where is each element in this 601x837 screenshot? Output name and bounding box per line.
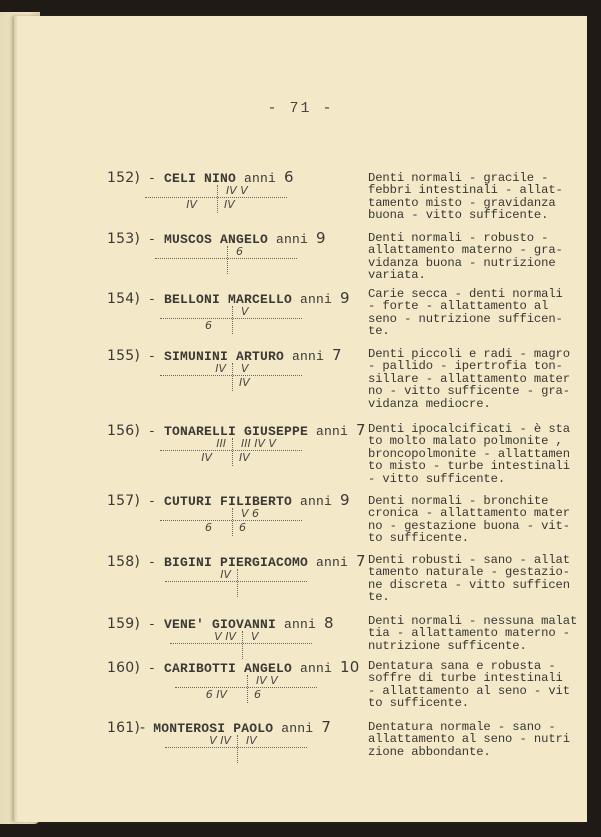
handwritten-tooth-mark: III IV V — [241, 437, 276, 450]
clinical-notes: Denti robusti - sano - allat tamento nat… — [368, 554, 588, 604]
entry-heading: 156) - TONARELLI GIUSEPPE anni 7 — [107, 421, 366, 439]
patient-age: 10 — [340, 658, 360, 676]
patient-age: 9 — [340, 491, 350, 509]
clinical-notes: Denti ipocalcificati - è sta to molto ma… — [368, 423, 588, 485]
quadrant-upper-right: IV — [238, 735, 307, 747]
dental-formula: V IVIV — [165, 735, 307, 765]
clinical-notes: Carie secca - denti normali - forte - al… — [368, 288, 588, 338]
patient-name: BIGINI PIERGIACOMO — [164, 555, 308, 570]
quadrant-upper-left — [145, 185, 217, 197]
quadrant-upper-left: IV — [160, 363, 232, 375]
quadrant-upper-left — [155, 246, 227, 258]
quadrant-upper-right: IV V — [248, 675, 317, 687]
dental-formula: IV V6 IV6 — [175, 675, 317, 705]
entry-number: 161)- — [107, 720, 145, 736]
quadrant-upper-left — [175, 675, 247, 687]
handwritten-tooth-mark: IV — [186, 198, 197, 211]
quadrant-upper-left: V IV — [170, 631, 242, 643]
handwritten-tooth-mark: 6 — [205, 319, 212, 332]
entry-separator: - — [140, 349, 164, 364]
dental-formula: IV VIVIV — [145, 185, 287, 215]
handwritten-tooth-mark: 6 — [239, 521, 246, 534]
entry-number: 155) — [107, 348, 140, 364]
patient-age: 7 — [356, 552, 366, 570]
dental-formula: IV — [165, 569, 307, 599]
entry-separator: - — [140, 494, 164, 509]
clinical-notes: Denti normali - nessuna malat tia - alla… — [368, 615, 588, 652]
entry-separator: - — [140, 171, 164, 186]
quadrant-lower-left — [155, 259, 227, 273]
patient-age: 9 — [340, 289, 350, 307]
quadrant-upper-right: IV V — [218, 185, 287, 197]
quadrant-lower-right — [238, 748, 307, 762]
quadrant-upper-right: V — [233, 363, 302, 375]
entry-separator: - — [140, 661, 164, 676]
patient-name: CUTURI FILIBERTO — [164, 494, 292, 509]
handwritten-tooth-mark: 6 — [236, 245, 243, 258]
patient-age: 7 — [321, 718, 331, 736]
entry-heading: 157) - CUTURI FILIBERTO anni 9 — [107, 491, 350, 509]
handwritten-tooth-mark: V — [241, 362, 249, 375]
clinical-notes: Dentatura normale - sano - allattamento … — [368, 721, 588, 758]
entry-number: 153) — [107, 231, 140, 247]
handwritten-tooth-mark: 6 IV — [206, 688, 227, 701]
handwritten-tooth-mark: V — [241, 305, 249, 318]
entry-number: 160) — [107, 660, 140, 676]
clinical-notes: Denti normali - bronchite cronica - alla… — [368, 495, 588, 545]
dental-formula: IIIIII IV VIVIV — [160, 438, 302, 468]
handwritten-tooth-mark: IV — [246, 734, 257, 747]
dental-formula: V IVV — [170, 631, 312, 661]
entry-heading: 153) - MUSCOS ANGELO anni 9 — [107, 229, 326, 247]
patient-name: MUSCOS ANGELO — [164, 232, 268, 247]
entry-number: 158) — [107, 554, 140, 570]
quadrant-lower-right: IV — [233, 451, 302, 465]
quadrant-lower-left: 6 — [160, 521, 232, 535]
handwritten-tooth-mark: V — [251, 630, 259, 643]
entry-separator: - — [140, 232, 164, 247]
handwritten-tooth-mark: IV — [215, 362, 226, 375]
handwritten-tooth-mark: IV — [220, 568, 231, 581]
quadrant-upper-right: III IV V — [233, 438, 302, 450]
handwritten-tooth-mark: IV — [239, 376, 250, 389]
handwritten-tooth-mark: IV V — [226, 184, 248, 197]
quadrant-lower-left — [165, 748, 237, 762]
handwritten-tooth-mark: III — [216, 437, 226, 450]
age-label: anni — [292, 292, 340, 307]
age-label: anni — [284, 349, 332, 364]
handwritten-tooth-mark: IV V — [256, 674, 278, 687]
clinical-notes: Denti normali - gracile - febbri intesti… — [368, 172, 588, 222]
quadrant-lower-left: 6 IV — [175, 688, 247, 702]
age-label: anni — [268, 232, 316, 247]
age-label: anni — [273, 721, 321, 736]
quadrant-upper-left — [160, 508, 232, 520]
handwritten-tooth-mark: 6 — [205, 521, 212, 534]
clinical-notes: Dentatura sana e robusta - soffre di tur… — [368, 660, 588, 710]
age-label: anni — [308, 424, 356, 439]
quadrant-lower-left: IV — [145, 198, 217, 212]
quadrant-lower-right — [243, 644, 312, 658]
patient-age: 6 — [284, 168, 294, 186]
dental-formula: IVVIV — [160, 363, 302, 393]
quadrant-lower-right — [233, 319, 302, 333]
entry-number: 154) — [107, 291, 140, 307]
quadrant-lower-left: IV — [160, 451, 232, 465]
entry-separator: - — [140, 617, 164, 632]
age-label: anni — [308, 555, 356, 570]
quadrant-lower-right: IV — [218, 198, 287, 212]
handwritten-tooth-mark: V 6 — [241, 507, 259, 520]
quadrant-lower-right: 6 — [233, 521, 302, 535]
quadrant-lower-left — [160, 376, 232, 390]
page-edge-shadow — [14, 16, 18, 822]
dental-formula: 6 — [155, 246, 297, 276]
quadrant-upper-left: V IV — [165, 735, 237, 747]
handwritten-tooth-mark: V IV — [214, 630, 236, 643]
quadrant-lower-right — [238, 582, 307, 596]
patient-age: 8 — [324, 614, 334, 632]
dental-formula: V 666 — [160, 508, 302, 538]
patient-age: 7 — [332, 346, 342, 364]
entry-heading: 158) - BIGINI PIERGIACOMO anni 7 — [107, 552, 366, 570]
entry-heading: 154) - BELLONI MARCELLO anni 9 — [107, 289, 350, 307]
entry-number: 152) — [107, 170, 140, 186]
entry-number: 156) — [107, 423, 140, 439]
quadrant-lower-left — [170, 644, 242, 658]
clinical-notes: Denti piccoli e radi - magro - pallido -… — [368, 348, 588, 410]
quadrant-lower-right: IV — [233, 376, 302, 390]
quadrant-upper-left: III — [160, 438, 232, 450]
age-label: anni — [292, 661, 340, 676]
clinical-notes: Denti normali - robusto - allattamento m… — [368, 232, 588, 282]
dental-formula: V6 — [160, 306, 302, 336]
age-label: anni — [292, 494, 340, 509]
quadrant-upper-right: 6 — [228, 246, 297, 258]
handwritten-tooth-mark: IV — [224, 198, 235, 211]
quadrant-upper-right — [238, 569, 307, 581]
entry-number: 159) — [107, 616, 140, 632]
patient-name: TONARELLI GIUSEPPE — [164, 424, 308, 439]
age-label: anni — [276, 617, 324, 632]
entry-separator: - — [140, 424, 164, 439]
quadrant-upper-right: V — [233, 306, 302, 318]
quadrant-upper-left: IV — [165, 569, 237, 581]
entry-separator: - — [140, 292, 164, 307]
handwritten-tooth-mark: IV — [239, 451, 250, 464]
quadrant-upper-right: V — [243, 631, 312, 643]
quadrant-upper-left — [160, 306, 232, 318]
quadrant-lower-right — [228, 259, 297, 273]
entry-number: 157) — [107, 493, 140, 509]
handwritten-tooth-mark: 6 — [254, 688, 261, 701]
quadrant-lower-left — [165, 582, 237, 596]
handwritten-tooth-mark: IV — [201, 451, 212, 464]
patient-name: BELLONI MARCELLO — [164, 292, 292, 307]
entry-heading: 160) - CARIBOTTI ANGELO anni 10 — [107, 658, 360, 676]
patient-age: 9 — [316, 229, 326, 247]
quadrant-lower-left: 6 — [160, 319, 232, 333]
entry-separator: - — [140, 555, 164, 570]
quadrant-upper-right: V 6 — [233, 508, 302, 520]
patient-age: 7 — [356, 421, 366, 439]
handwritten-tooth-mark: V IV — [209, 734, 231, 747]
quadrant-lower-right: 6 — [248, 688, 317, 702]
entry-heading: 152) - CELI NINO anni 6 — [107, 168, 294, 186]
page-number: - 71 - — [0, 100, 601, 117]
